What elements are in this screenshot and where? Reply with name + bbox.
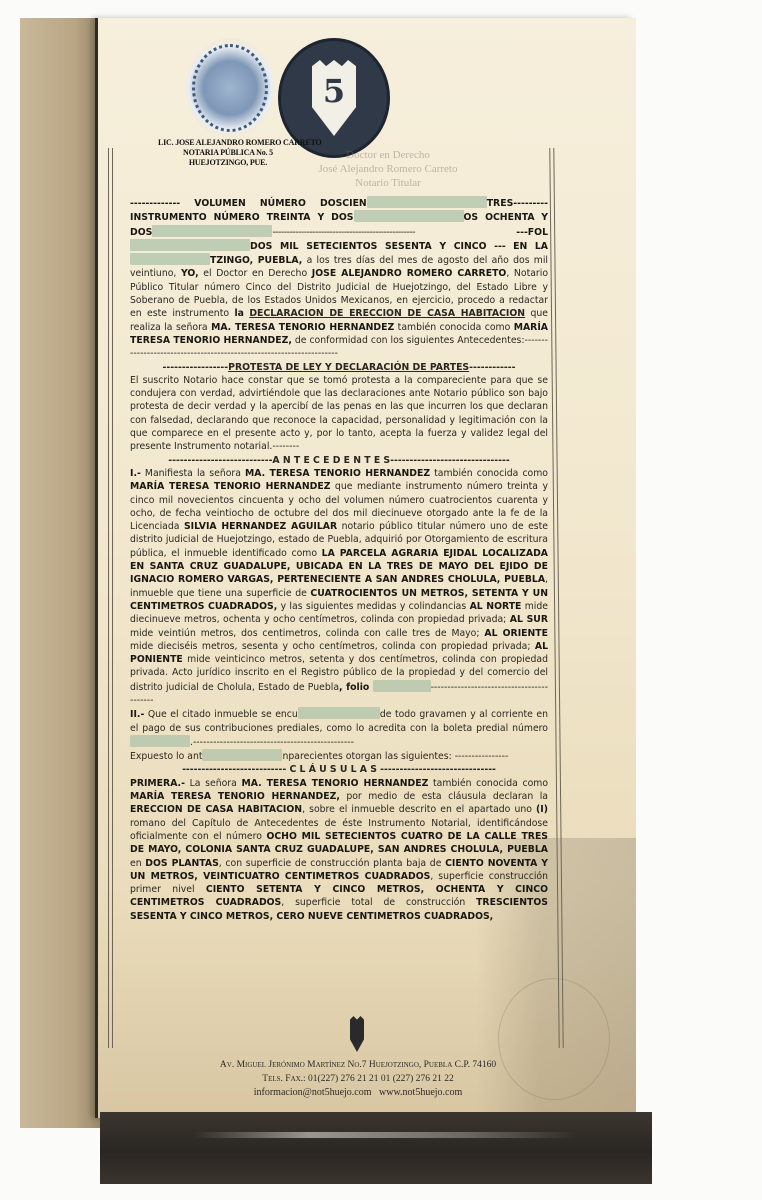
erection-title: ERECCION DE CASA HABITACION <box>130 804 302 815</box>
expuesto-line: Expuesto lo antnparecientes otorgan las … <box>130 749 548 763</box>
pen-nib-icon: 5 <box>312 60 356 136</box>
dash-filler: ------------ <box>469 362 515 373</box>
footer-email: informacion@not5huejo.com <box>254 1087 372 1098</box>
aka-text: también conocida como <box>394 322 513 333</box>
text: , con superficie de construcción planta … <box>219 858 445 869</box>
floors: DOS PLANTAS <box>145 858 219 869</box>
folio-line: ---FOL <box>516 227 548 238</box>
item-label: II.- <box>130 709 144 720</box>
document-body: ------------- VOLUMEN NÚMERO DOSCIENTRES… <box>130 196 548 923</box>
text: mide veintiún metros, dos centimetros, c… <box>130 628 484 639</box>
protesta-paragraph: El suscrito Notario hace constar que se … <box>130 374 548 454</box>
client-name: MA. TERESA TENORIO HERNANDEZ <box>245 468 430 479</box>
yo-text: YO, <box>181 268 199 279</box>
redaction <box>202 749 282 761</box>
underlying-page-edge <box>20 18 110 1128</box>
notarial-document-page: 5 LIC. JOSE ALEJANDRO ROMERO CARRETO NOT… <box>98 18 636 1118</box>
text: La señora <box>185 778 242 789</box>
boundary-south: AL SUR <box>510 614 548 625</box>
letterhead-line: Notario Titular <box>278 176 498 190</box>
seal-caption-line: LIC. JOSE ALEJANDRO ROMERO CARRETO <box>158 138 298 148</box>
volume-line-end: TRES--------- <box>487 198 548 209</box>
instrument-line-end: OS OCHENTA <box>464 212 535 223</box>
letterhead-line: Doctor en Derecho <box>278 148 498 162</box>
boundary-east: AL ORIENTE <box>484 628 548 639</box>
text: por medio de esta cláusula declaran la <box>340 791 548 802</box>
footer-phones: Tels. Fax.: 01(227) 276 21 21 01 (227) 2… <box>198 1072 518 1086</box>
seal-caption-line: NOTARIA PÚBLICA No. 5 <box>158 148 298 158</box>
client-alias: MARÍA TERESA TENORIO HERNANDEZ <box>130 481 330 492</box>
text: también conocida como <box>430 468 548 479</box>
client-name: MA. TERESA TENORIO HERNANDEZ <box>211 322 394 333</box>
article-la: la <box>234 308 243 319</box>
antecedente-i: I.- Manifiesta la señora MA. TERESA TENO… <box>130 467 548 707</box>
redaction <box>130 735 190 747</box>
notary-name: JOSE ALEJANDRO ROMERO CARRETO <box>312 268 507 279</box>
letterhead-line: José Alejandro Romero Carreto <box>278 162 498 176</box>
text: , superficie total de construcción <box>281 897 476 908</box>
text: y las siguientes medidas y colindancias <box>277 601 469 612</box>
text: en <box>130 858 145 869</box>
redaction <box>130 239 250 251</box>
redaction <box>367 196 487 208</box>
text: mide dieciséis metros, sesenta y ocho ce… <box>130 641 535 652</box>
antecedentes-heading: ---------------------------A N T E C E D… <box>130 454 548 467</box>
text: Que el citado inmueble se encu <box>144 709 298 720</box>
redaction <box>354 210 464 222</box>
clause-label: PRIMERA.- <box>130 778 185 789</box>
client-name: MA. TERESA TENORIO HERNANDEZ <box>241 778 428 789</box>
protesta-title: PROTESTA DE LEY Y DECLARACIÓN DE PARTES <box>228 362 469 373</box>
location-line: EN LA <box>513 241 548 252</box>
text: Expuesto lo ant <box>130 751 202 762</box>
text: , sobre el inmueble descrito en el apart… <box>302 804 536 815</box>
seal-caption-line: HUEJOTZINGO, PUE. <box>158 158 298 168</box>
folio-line-end: DOS MIL SETECIENTOS SESENTA Y CINCO --- <box>250 241 506 252</box>
footer-address: Av. Miguel Jerónimo Martínez No.7 Huejot… <box>198 1058 518 1072</box>
footer-pen-logo-icon <box>350 1016 364 1052</box>
item-label: I.- <box>130 468 141 479</box>
letterhead-faint-title: Doctor en Derecho José Alejandro Romero … <box>278 148 498 190</box>
footer-contact: informacion@not5huejo.com www.not5huejo.… <box>198 1086 518 1100</box>
instrument-line: INSTRUMENTO NÚMERO TREINTA Y DOS <box>130 212 354 223</box>
clausula-primera: PRIMERA.- La señora MA. TERESA TENORIO H… <box>130 777 548 923</box>
antecedente-ii: II.- Que el citado inmueble se encude to… <box>130 707 548 749</box>
clausulas-heading: --------------------------- C L Á U S U … <box>130 763 548 776</box>
text: también conocida como <box>428 778 548 789</box>
declaration-title: DECLARACION DE ERECCION DE CASA HABITACI… <box>249 308 525 319</box>
dash-filler: ----------------- <box>163 362 229 373</box>
footer-website: www.not5huejo.com <box>379 1087 462 1098</box>
doctor-text: el Doctor en Derecho <box>199 268 312 279</box>
redaction <box>373 680 431 692</box>
boundary-north: AL NORTE <box>470 601 522 612</box>
mexico-coat-of-arms-seal-icon <box>186 38 274 138</box>
left-margin-rule <box>108 148 113 1048</box>
roman-numeral: (I) <box>536 804 548 815</box>
text: Manifiesta la señora <box>141 468 245 479</box>
redaction <box>298 707 380 719</box>
protesta-heading: -----------------PROTESTA DE LEY Y DECLA… <box>130 361 548 374</box>
licenciada-name: SILVIA HERNANDEZ AGUILAR <box>184 521 337 532</box>
folio-label: , folio <box>339 682 369 693</box>
seal-caption: LIC. JOSE ALEJANDRO ROMERO CARRETO NOTAR… <box>158 138 298 168</box>
dark-desk-surface <box>100 1112 652 1184</box>
text: nparecientes otorgan las siguientes: ---… <box>282 751 508 762</box>
light-reflection <box>195 1132 575 1138</box>
location-city: TZINGO, PUEBLA, <box>210 255 302 266</box>
opening-paragraph: ------------- VOLUMEN NÚMERO DOSCIENTRES… <box>130 196 548 361</box>
redaction <box>130 253 210 265</box>
dash-filler: .---------------------------------------… <box>190 737 354 748</box>
letterhead-footer: Av. Miguel Jerónimo Martínez No.7 Huejot… <box>198 1058 518 1100</box>
dash-filler: ----------------------------------------… <box>272 227 415 238</box>
redaction <box>152 225 272 237</box>
volume-line: ------------- VOLUMEN NÚMERO DOSCIEN <box>130 198 367 209</box>
client-alias: MARÍA TERESA TENORIO HERNANDEZ, <box>130 791 340 802</box>
